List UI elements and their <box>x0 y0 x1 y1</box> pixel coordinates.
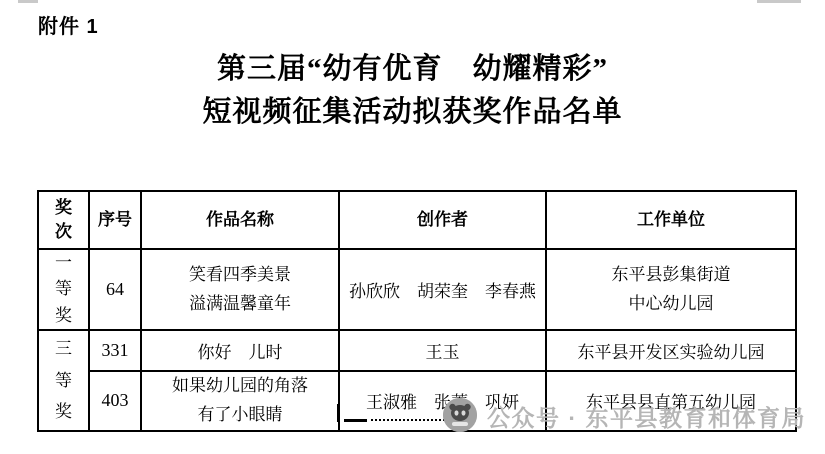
screenshot-edge-artifact-left <box>18 0 38 3</box>
watermark-text: 公众号 · 东平县教育和体育局 <box>487 400 817 433</box>
serial-cell: 64 <box>89 249 141 330</box>
document-title: 第三届“幼有优育 幼耀精彩” 短视频征集活动拟获奖作品名单 <box>0 48 825 134</box>
work-title-cell: 你好 儿时 <box>141 330 339 371</box>
redaction-dotted-line <box>371 419 453 421</box>
work-title-cell: 笑看四季美景 溢满温馨童年 <box>141 249 339 330</box>
col-header-unit: 工作单位 <box>546 191 796 249</box>
col-header-award: 奖次 <box>38 191 89 249</box>
redaction-dash-line <box>344 419 367 422</box>
serial-cell: 331 <box>89 330 141 371</box>
work-title-cell: 如果幼儿园的角落 有了小眼睛 <box>141 371 339 431</box>
creators-cell: 孙欣欣 胡荣奎 李春燕 <box>339 249 546 330</box>
col-header-serial: 序号 <box>89 191 141 249</box>
col-header-work: 作品名称 <box>141 191 339 249</box>
table-header-row: 奖次 序号 作品名称 创作者 工作单位 <box>38 191 796 249</box>
document-title-line1: 第三届“幼有优育 幼耀精彩” <box>0 48 825 91</box>
creators-cell: 王玉 <box>339 330 546 371</box>
unit-cell: 东平县彭集街道 中心幼儿园 <box>546 249 796 330</box>
screenshot-edge-artifact-right <box>757 0 801 3</box>
award-cell-first-prize: 一等奖 <box>38 249 89 330</box>
attachment-label: 附件 1 <box>38 10 99 39</box>
unit-cell: 东平县开发区实验幼儿园 <box>546 330 796 371</box>
award-table: 奖次 序号 作品名称 创作者 工作单位 一等奖 64 笑看四季美景 溢满温馨童年… <box>37 190 797 432</box>
table-row: 一等奖 64 笑看四季美景 溢满温馨童年 孙欣欣 胡荣奎 李春燕 东平县彭集街道… <box>38 249 796 330</box>
redaction-tick-mark <box>337 404 339 422</box>
table-row: 三等奖 331 你好 儿时 王玉 东平县开发区实验幼儿园 <box>38 330 796 371</box>
document-title-line2: 短视频征集活动拟获奖作品名单 <box>0 91 825 134</box>
col-header-creators: 创作者 <box>339 191 546 249</box>
wechat-account-logo-icon <box>443 398 477 432</box>
award-cell-third-prize: 三等奖 <box>38 330 89 431</box>
serial-cell: 403 <box>89 371 141 431</box>
